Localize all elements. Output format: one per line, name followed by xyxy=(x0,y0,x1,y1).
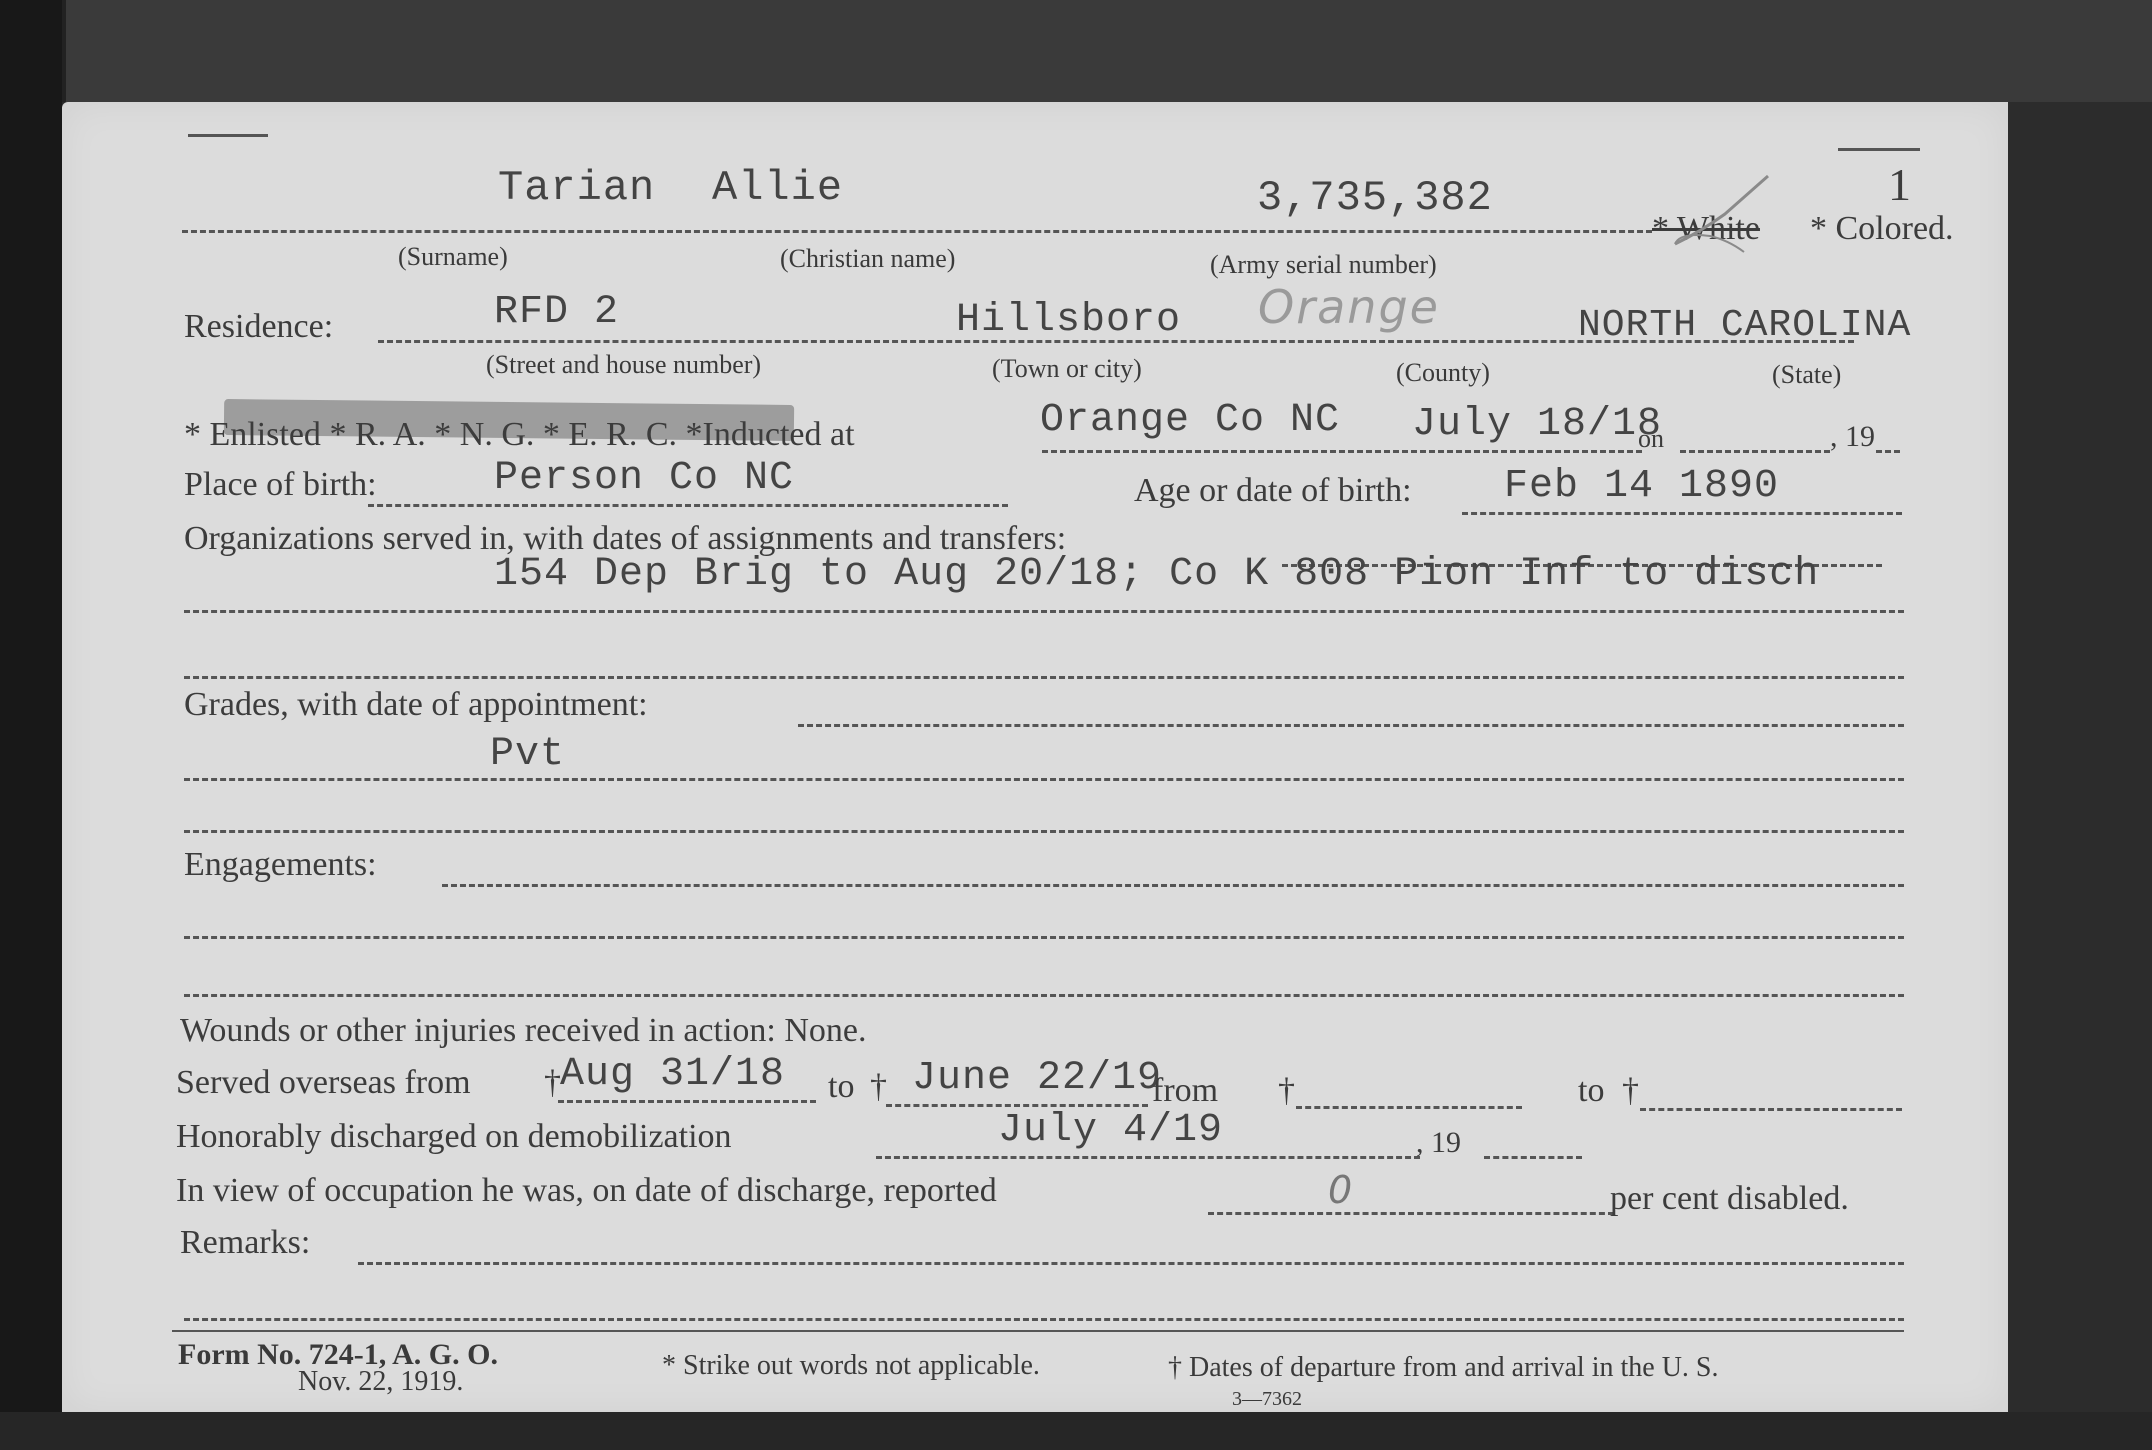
disability-suffix: per cent disabled. xyxy=(1610,1180,1849,1218)
place-of-birth-label: Place of birth: xyxy=(184,466,377,504)
scan-background-bottom xyxy=(0,1412,2152,1450)
overseas-from2-label: from xyxy=(1152,1072,1218,1110)
disability-value: 0 xyxy=(1328,1168,1354,1212)
overseas-from2-line xyxy=(1296,1106,1522,1109)
inducted-at-value: Orange Co NC xyxy=(1040,398,1340,443)
grades-line-3 xyxy=(184,830,1904,833)
place-of-birth-value: Person Co NC xyxy=(494,456,794,501)
remarks-label: Remarks: xyxy=(180,1224,310,1262)
discharge-line xyxy=(876,1156,1420,1159)
residence-street-value: RFD 2 xyxy=(494,290,619,335)
service-record-card: 1 Tarian Allie 3,735,382 * White * Color… xyxy=(62,102,2008,1412)
card-number: 1 xyxy=(1888,158,1911,211)
wounds-label: Wounds or other injuries received in act… xyxy=(180,1012,867,1050)
residence-line xyxy=(378,340,1854,343)
grades-value: Pvt xyxy=(490,732,565,777)
overseas-to2-line xyxy=(1640,1108,1902,1111)
inducted-line xyxy=(1042,450,1642,453)
scan-background-left xyxy=(0,0,62,1450)
county-caption: (County) xyxy=(1396,358,1490,388)
inducted-date-value: July 18/18 xyxy=(1412,402,1662,447)
street-caption: (Street and house number) xyxy=(486,350,761,380)
town-caption: (Town or city) xyxy=(992,354,1142,384)
print-code: 3—7362 xyxy=(1232,1388,1302,1411)
overseas-to-line xyxy=(886,1104,1148,1107)
grades-label: Grades, with date of appointment: xyxy=(184,686,648,724)
surname-value: Tarian xyxy=(498,164,655,212)
footer-rule xyxy=(172,1330,1904,1332)
overseas-from-value: Aug 31/18 xyxy=(560,1052,785,1097)
dates-note: † Dates of departure from and arrival in… xyxy=(1168,1352,1718,1384)
grades-line-2 xyxy=(184,778,1904,781)
organizations-value: 154 Dep Brig to Aug 20/18; Co K 808 Pion… xyxy=(494,552,1819,597)
name-line xyxy=(182,230,1652,233)
discharge-year-suffix: , 19 xyxy=(1416,1126,1461,1160)
residence-label: Residence: xyxy=(184,308,333,346)
dagger-mark-4: † xyxy=(1622,1072,1639,1110)
overseas-from-label: Served overseas from xyxy=(176,1064,471,1102)
engagements-label: Engagements: xyxy=(184,846,377,884)
organizations-line-2 xyxy=(184,610,1904,613)
engagements-line-2 xyxy=(184,936,1904,939)
inducted-year-suffix: , 19 xyxy=(1830,420,1875,454)
dagger-mark-3: † xyxy=(1278,1072,1295,1110)
residence-town-value: Hillsboro xyxy=(956,298,1181,343)
wounds-value: None. xyxy=(784,1012,866,1049)
date-of-birth-line xyxy=(1462,512,1902,515)
disability-label: In view of occupation he was, on date of… xyxy=(176,1172,997,1210)
discharge-date-value: July 4/19 xyxy=(998,1108,1223,1153)
engagements-line-1 xyxy=(442,884,1904,887)
grades-line-1 xyxy=(798,724,1904,727)
state-caption: (State) xyxy=(1772,360,1841,390)
discharge-year-line xyxy=(1484,1156,1582,1159)
overseas-to-value: June 22/19 xyxy=(912,1056,1162,1101)
form-date: Nov. 22, 1919. xyxy=(298,1366,463,1398)
remarks-line-1 xyxy=(358,1262,1904,1265)
dagger-mark: † xyxy=(544,1064,561,1102)
dagger-mark-2: † xyxy=(870,1068,887,1106)
disability-line xyxy=(1208,1212,1614,1215)
place-of-birth-line xyxy=(368,504,1008,507)
strike-out-note: * Strike out words not applicable. xyxy=(662,1350,1040,1382)
inducted-year-line xyxy=(1876,450,1900,453)
residence-county-value: Orange xyxy=(1258,280,1440,334)
date-of-birth-label: Age or date of birth: xyxy=(1134,472,1412,510)
enlisted-label: * Enlisted * R. A. * N. G. * E. R. C. *I… xyxy=(184,416,855,454)
christian-name-value: Allie xyxy=(712,164,843,212)
overseas-from-line xyxy=(558,1100,816,1103)
scan-background-right xyxy=(2008,102,2152,1412)
date-of-birth-value: Feb 14 1890 xyxy=(1504,464,1779,509)
inducted-on-label: on xyxy=(1638,424,1664,454)
serial-caption: (Army serial number) xyxy=(1210,250,1437,280)
remarks-line-2 xyxy=(184,1318,1904,1321)
organizations-line-3 xyxy=(184,676,1904,679)
christian-name-caption: (Christian name) xyxy=(780,244,955,274)
top-right-mark xyxy=(1838,148,1920,151)
army-serial-value: 3,735,382 xyxy=(1257,174,1493,222)
surname-caption: (Surname) xyxy=(398,242,508,272)
overseas-to-label: to xyxy=(828,1068,854,1106)
inducted-on-line xyxy=(1680,450,1830,453)
engagements-line-3 xyxy=(184,994,1904,997)
race-colored-label: * Colored. xyxy=(1810,210,1954,248)
discharge-label: Honorably discharged on demobilization xyxy=(176,1118,732,1156)
handwritten-check-mark-icon xyxy=(1670,174,1780,254)
top-left-mark xyxy=(188,134,268,137)
scan-background-top xyxy=(62,0,2152,102)
overseas-to2-label: to xyxy=(1578,1072,1604,1110)
